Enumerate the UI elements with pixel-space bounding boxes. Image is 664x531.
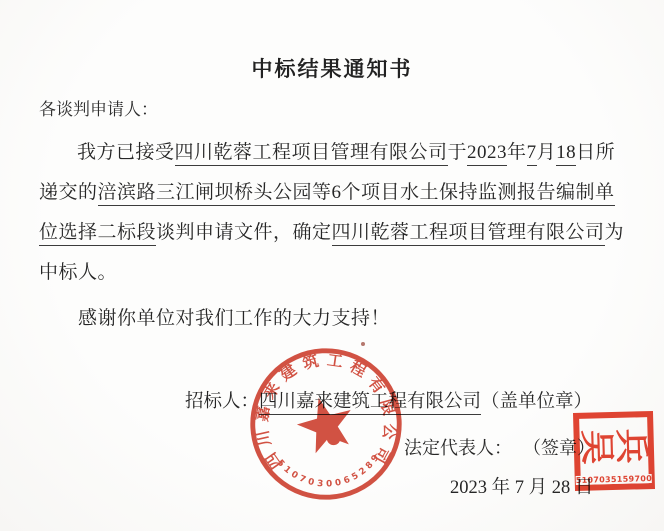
seal-arc-character: 有 <box>365 373 390 397</box>
seal-arc-character: 7 <box>298 474 308 486</box>
seal-arc-character: 0 <box>334 478 342 489</box>
plain-text: 我方已接受 <box>77 142 175 163</box>
document-title: 中标结果通知书 <box>0 53 664 83</box>
seal-arc-character: 程 <box>347 356 370 380</box>
seal-arc-character: 公 <box>379 423 399 441</box>
underlined-text: 涪滨路三江闸坝桥头公园等6个项目水土保持监测报告编制单 <box>98 182 615 206</box>
plain-text: 日所 <box>576 142 615 163</box>
thanks-line: 感谢你单位对我们工作的大力支持！ <box>78 303 390 330</box>
bidder-seal-note: （盖单位章） <box>481 392 592 412</box>
legal-rep-label: 法定代表人： <box>404 438 512 458</box>
legal-rep-name-stamp: 吴兵 5107035159700 <box>573 411 655 491</box>
star-icon <box>296 396 353 454</box>
seal-arc-character: 6 <box>342 475 351 486</box>
salutation-line: 各谈判申请人： <box>39 95 158 120</box>
seal-arc-character: 0 <box>307 477 315 488</box>
body-line: 位选择二标段谈判申请文件，确定四川乾蓉工程项目管理有限公司为 <box>39 213 629 253</box>
legal-representative-line: 法定代表人：（签章） <box>404 434 595 460</box>
scanned-document-page: 中标结果通知书 各谈判申请人： 我方已接受四川乾蓉工程项目管理有限公司于2023… <box>0 0 664 531</box>
body-paragraph: 我方已接受四川乾蓉工程项目管理有限公司于2023年7月18日所递交的涪滨路三江闸… <box>39 133 629 293</box>
plain-text: 月 <box>537 142 557 163</box>
underlined-text: 18 <box>556 142 576 166</box>
underlined-text: 四川乾蓉工程项目管理有限公司 <box>175 142 448 166</box>
underlined-text: 2023 <box>467 142 507 166</box>
underlined-text: 位选择二标段 <box>39 222 156 246</box>
seal-arc-character: 嘉 <box>253 404 273 423</box>
seal-arc-character: 0 <box>289 470 299 482</box>
underlined-text: 四川乾蓉工程项目管理有限公司 <box>332 222 605 246</box>
underlined-text: 7 <box>527 142 537 166</box>
plain-text: 递交的 <box>39 182 98 203</box>
plain-text: 谈判申请文件，确定 <box>156 222 332 243</box>
plain-text: 于 <box>448 142 468 163</box>
seal-arc-character: 川 <box>254 428 275 447</box>
seal-arc-character: 0 <box>326 479 333 489</box>
stamp-character: 吴 <box>578 429 614 465</box>
body-line: 中标人。 <box>39 253 629 293</box>
stamp-registration-number: 5107035159700 <box>576 474 652 485</box>
stamp-character: 兵 <box>613 428 649 464</box>
document-date: 2023 年 7 月 28 日 <box>450 473 593 499</box>
plain-text: 年 <box>507 142 527 163</box>
plain-text: 为 <box>605 222 625 243</box>
seal-arc-character: 3 <box>317 479 324 490</box>
stamp-name-characters: 吴兵 <box>579 417 648 475</box>
seal-arc-character: 工 <box>326 352 344 371</box>
company-round-seal: 四川嘉来建筑工程有限公司 5107030065289 <box>239 337 413 511</box>
body-line: 递交的涪滨路三江闸坝桥头公园等6个项目水土保持监测报告编制单 <box>39 173 629 213</box>
plain-text: 中标人。 <box>39 262 117 283</box>
body-line: 我方已接受四川乾蓉工程项目管理有限公司于2023年7月18日所 <box>39 133 629 173</box>
